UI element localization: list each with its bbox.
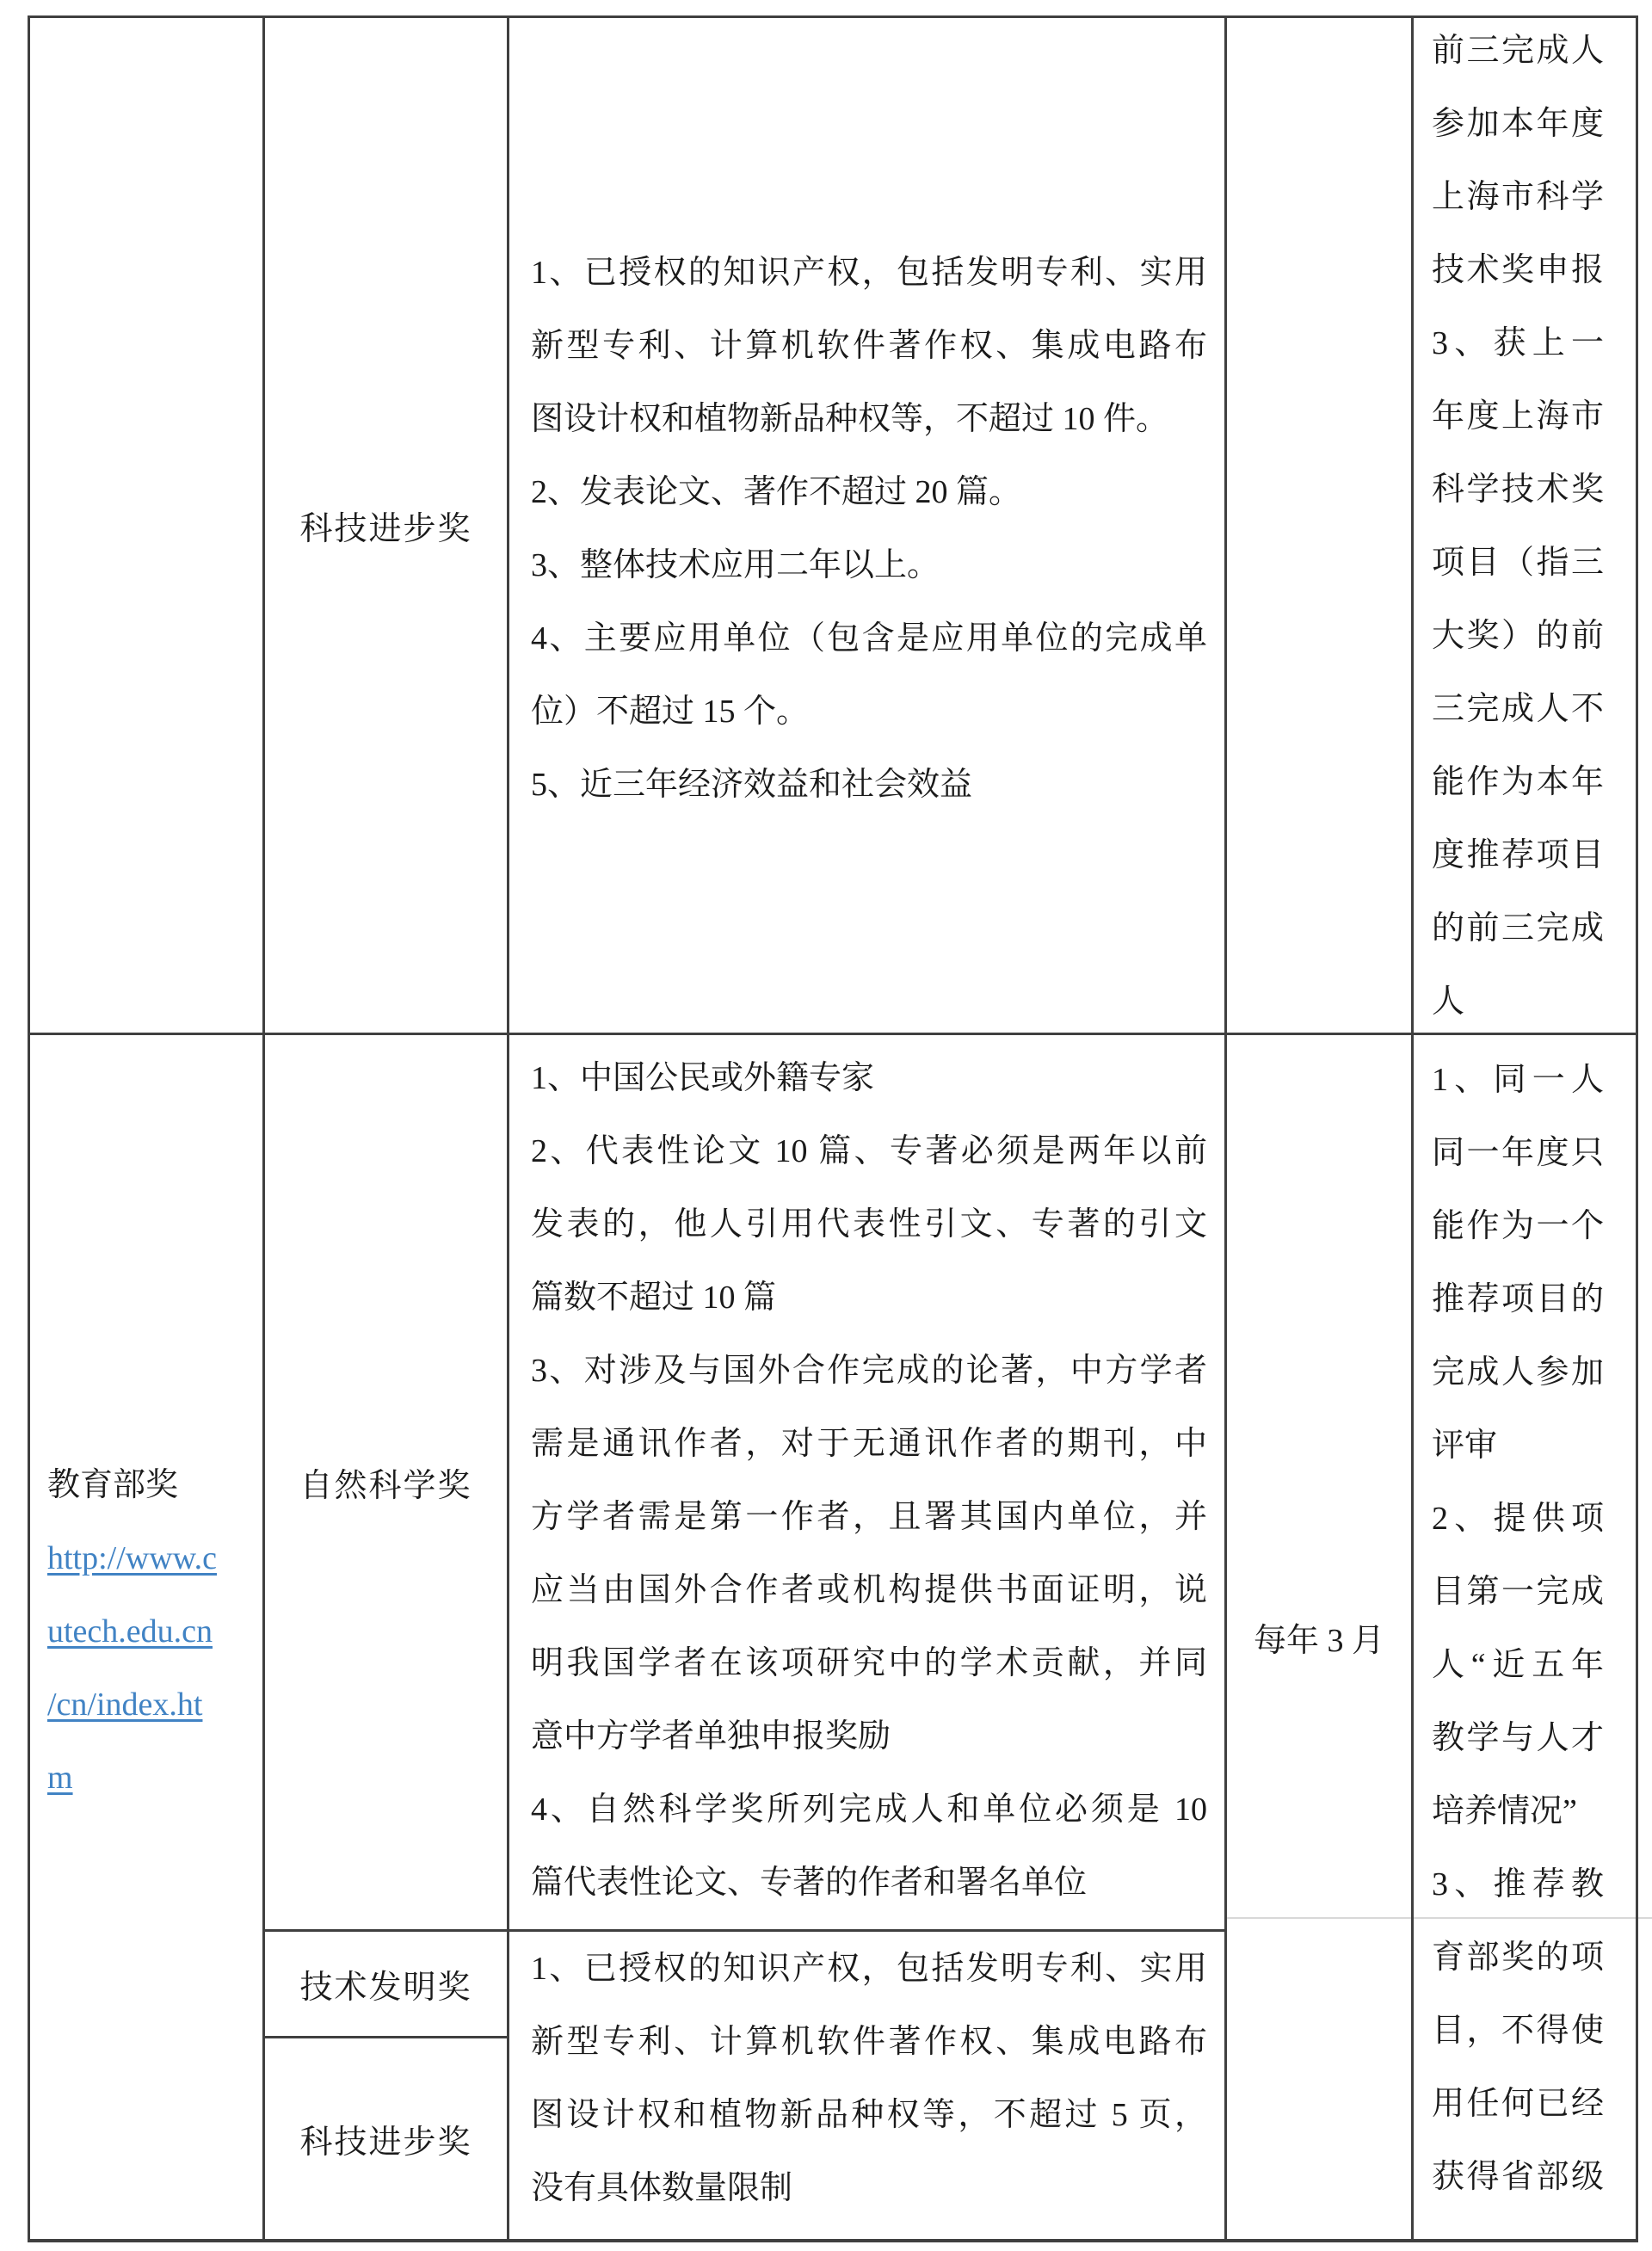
award-type-label: 科技进步奖: [299, 502, 472, 549]
award-type-label: 科技进步奖: [299, 2115, 472, 2162]
table-border-col2-col3: [507, 15, 509, 2242]
text-line: 新型专利、计算机软件著作权、集成电路布: [531, 310, 1207, 383]
text-line: 篇代表性论文、专著的作者和署名单位: [531, 1847, 1207, 1920]
cell-r2-requirements-natural: 1、中国公民或外籍专家2、代表性论文 10 篇、专著必须是两年以前发表的，他人引…: [531, 1042, 1207, 1920]
text-line: 前三完成人: [1432, 15, 1604, 88]
text-line: 发表的，他人引用代表性引文、专著的引文: [531, 1188, 1207, 1261]
cell-r2-award-type-progress: 科技进步奖: [265, 2038, 507, 2239]
text-line: 需是通讯作者，对于无通讯作者的期刊，中: [531, 1408, 1207, 1481]
table-border-right: [1636, 15, 1638, 2242]
source-url-line[interactable]: utech.edu.cn: [47, 1595, 254, 1668]
text-line: 育部奖的项: [1432, 1921, 1604, 1995]
text-line: 的前三完成: [1432, 892, 1604, 965]
text-line: 项目（指三: [1432, 527, 1604, 600]
cell-r1-award-type: 科技进步奖: [265, 18, 507, 1033]
text-line: 4、自然科学奖所列完成人和单位必须是 10: [531, 1773, 1207, 1847]
text-line: 三完成人不: [1432, 673, 1604, 746]
text-line: 能作为一个: [1432, 1190, 1604, 1263]
text-line: 用任何已经: [1432, 2068, 1604, 2141]
text-line: 1、同一人: [1432, 1044, 1604, 1117]
text-line: 目第一完成: [1432, 1556, 1604, 1629]
text-line: 明我国学者在该项研究中的学术贡献，并同: [531, 1627, 1207, 1700]
text-line: 图设计权和植物新品种权等，不超过 10 件。: [531, 383, 1207, 456]
text-line: 意中方学者单独申报奖励: [531, 1700, 1207, 1773]
text-line: 评审: [1432, 1409, 1604, 1483]
cell-r2-requirements-invention-progress: 1、已授权的知识产权，包括发明专利、实用新型专利、计算机软件著作权、集成电路布图…: [531, 1933, 1207, 2225]
text-line: 1、已授权的知识产权，包括发明专利、实用: [531, 237, 1207, 310]
table-border-bottom: [28, 2239, 1638, 2242]
cell-r2-source: 教育部奖http://www.cutech.edu.cn/cn/index.ht…: [47, 1449, 254, 1815]
text-line: 获得省部级: [1432, 2141, 1604, 2214]
text-line: 大奖）的前: [1432, 600, 1604, 673]
text-line: 培养情况”: [1432, 1775, 1604, 1848]
text-line: 推荐项目的: [1432, 1263, 1604, 1336]
table-border-left: [28, 15, 30, 2242]
text-line: 没有具体数量限制: [531, 2152, 1207, 2225]
text-line: 4、主要应用单位（包含是应用单位的完成单: [531, 602, 1207, 675]
document-page: 科技进步奖 1、已授权的知识产权，包括发明专利、实用新型专利、计算机软件著作权、…: [0, 0, 1652, 2251]
text-line: 人: [1432, 965, 1604, 1039]
text-line: 1、中国公民或外籍专家: [531, 1042, 1207, 1115]
text-line: 2、代表性论文 10 篇、专著必须是两年以前: [531, 1115, 1207, 1188]
cell-r2-award-type-invention: 技术发明奖: [265, 1932, 507, 2036]
text-line: 1、已授权的知识产权，包括发明专利、实用: [531, 1933, 1207, 2006]
text-line: 上海市科学: [1432, 161, 1604, 234]
text-line: 技术奖申报: [1432, 234, 1604, 307]
text-line: 教育部奖: [47, 1449, 254, 1522]
text-line: 参加本年度: [1432, 88, 1604, 161]
text-line: 2、提供项: [1432, 1483, 1604, 1556]
text-line: 3、整体技术应用二年以上。: [531, 529, 1207, 602]
award-type-label: 技术发明奖: [299, 1960, 472, 2007]
text-line: 教学与人才: [1432, 1702, 1604, 1775]
text-line: 位）不超过 15 个。: [531, 675, 1207, 749]
text-line: 应当由国外合作者或机构提供书面证明，说: [531, 1554, 1207, 1627]
cell-r1-requirements: 1、已授权的知识产权，包括发明专利、实用新型专利、计算机软件著作权、集成电路布图…: [531, 237, 1207, 822]
cell-r2-award-type-natural: 自然科学奖: [265, 1035, 507, 1929]
table-border-col4-col5: [1411, 15, 1414, 2242]
text-line: 方学者需是第一作者，且署其国内单位，并: [531, 1481, 1207, 1554]
text-line: 完成人参加: [1432, 1336, 1604, 1409]
schedule-label: 每年 3 月: [1254, 1613, 1384, 1661]
text-line: 篇数不超过 10 篇: [531, 1261, 1207, 1335]
text-line: 年度上海市: [1432, 380, 1604, 453]
award-type-label: 自然科学奖: [299, 1459, 472, 1506]
source-url-line[interactable]: /cn/index.ht: [47, 1668, 254, 1742]
text-line: 能作为本年: [1432, 746, 1604, 819]
text-line: 3、获上一: [1432, 307, 1604, 380]
cell-r1-schedule-empty: [1242, 18, 1411, 1033]
text-line: 度推荐项目: [1432, 819, 1604, 892]
text-line: 3、推荐教: [1432, 1848, 1604, 1921]
cell-r2-notes: 1、同一人同一年度只能作为一个推荐项目的完成人参加评审2、提供项目第一完成人“近…: [1432, 1044, 1604, 2214]
text-line: 人“近五年: [1432, 1629, 1604, 1702]
text-line: 新型专利、计算机软件著作权、集成电路布: [531, 2006, 1207, 2079]
cell-r1-notes: 前三完成人参加本年度上海市科学技术奖申报3、获上一年度上海市科学技术奖项目（指三…: [1432, 15, 1604, 1039]
source-url-line[interactable]: http://www.c: [47, 1522, 254, 1595]
text-line: 目，不得使: [1432, 1995, 1604, 2068]
cell-r2-schedule: 每年 3 月: [1227, 1035, 1411, 2239]
text-line: 5、近三年经济效益和社会效益: [531, 749, 1207, 822]
source-url-line[interactable]: m: [47, 1742, 254, 1815]
text-line: 2、发表论文、著作不超过 20 篇。: [531, 456, 1207, 529]
text-line: 科学技术奖: [1432, 453, 1604, 527]
text-line: 3、对涉及与国外合作完成的论著，中方学者: [531, 1335, 1207, 1408]
text-line: 图设计权和植物新品种权等，不超过 5 页，: [531, 2079, 1207, 2152]
text-line: 同一年度只: [1432, 1117, 1604, 1190]
